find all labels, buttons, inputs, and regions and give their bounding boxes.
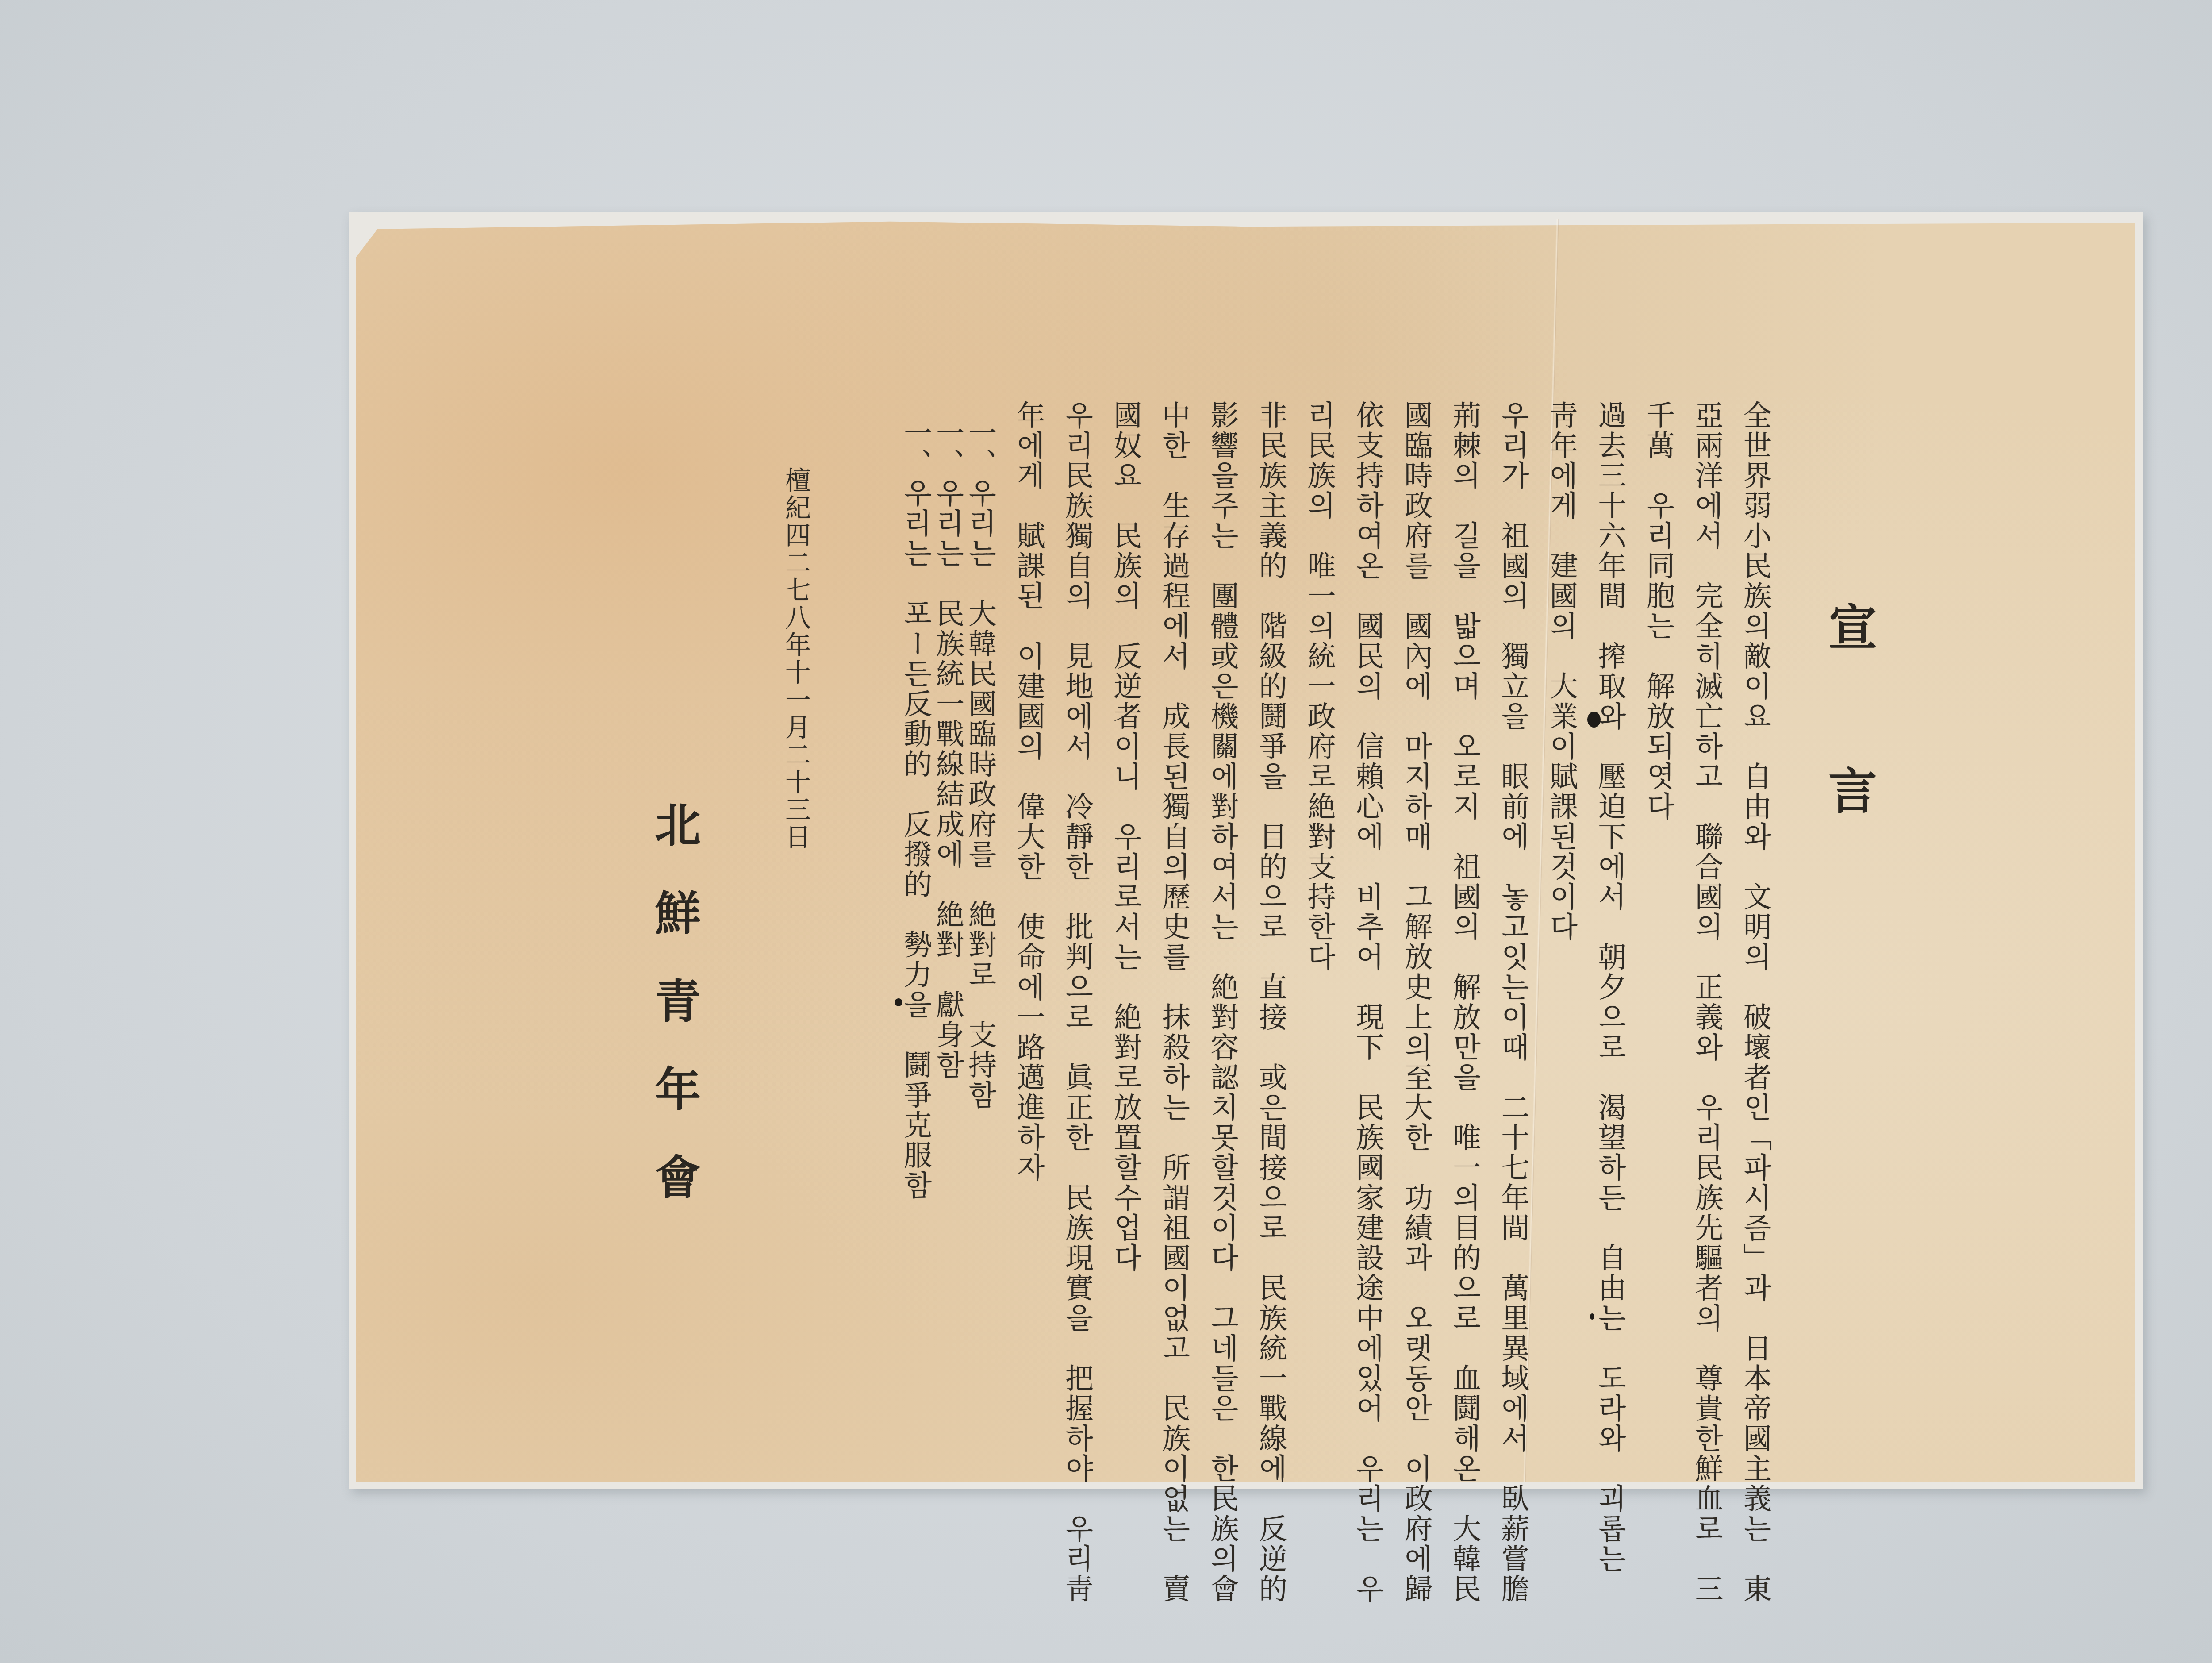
declaration-column: 靑年에게 建國의 大業이賦課된것이다 — [1547, 400, 1575, 942]
declaration-column: 過去三十六年間 搾取와 壓迫下에서 朝夕으로 渴望하든 自由는 도라와 괴롭는 — [1596, 400, 1624, 1574]
declaration-column: 리民族의 唯一의統一政府로絶對支持한다 — [1305, 400, 1333, 972]
pledge-item: 一、우리는 大韓民國臨時政府를 絶對로 支持함 — [966, 418, 994, 1110]
declaration-column: 우리가 祖國의 獨立을 眼前에 놓고잇는이때 二十七年間 萬里異域에서 臥薪嘗膽 — [1499, 400, 1527, 1604]
pledge-item: 一、우리는 포ー든反動的 反撥的 勢力을 鬪爭克服함 — [901, 418, 929, 1201]
declaration-column: 依支持하여온 國民의 信賴心에 비추어 現下 民族國家建設途中에있어 우리는 우 — [1353, 400, 1382, 1604]
document-title: 宣言 — [1814, 602, 1884, 929]
declaration-column: 影響을주는 團體或은機關에對하여서는 絶對容認치못할것이다 그네들은 한民族의會 — [1208, 400, 1237, 1604]
declaration-column: 荊棘의 길을 밟으며 오로지 祖國의 解放만을 唯一의目的으로 血鬪해온 大韓民 — [1450, 400, 1479, 1604]
declaration-column: 中한 生存過程에서 成長된獨自의歷史를 抹殺하는 所謂祖國이없고 民族이없는 賣 — [1160, 400, 1188, 1604]
declaration-column: 非民族主義的 階級的鬪爭을 目的으로 直接 或은間接으로 民族統一戰線에 反逆的 — [1256, 400, 1285, 1604]
declaration-column: 國臨時政府를 國內에 마지하매 그解放史上의至大한 功績과 오랫동안 이政府에歸 — [1402, 400, 1430, 1604]
declaration-column: 全世界弱小民族의敵이요 自由와 文明의 破壞者인「파시즘」과 日本帝國主義는 東 — [1741, 400, 1769, 1604]
ink-blot — [1590, 1313, 1594, 1320]
document-date: 檀紀四二七八年十一月二十三日 — [783, 467, 809, 851]
ink-blot — [895, 998, 902, 1006]
declaration-column: 年에게 賦課된 이建國의 偉大한 使命에一路邁進하자 — [1014, 400, 1043, 1183]
declaration-column: 우리民族獨自의 見地에서 冷靜한 批判으로 眞正한 民族現實을 把握하야 우리靑 — [1063, 400, 1091, 1604]
declaration-column: 國奴요 民族의 反逆者이니 우리로서는 絶對로放置할수업다 — [1111, 400, 1140, 1273]
pledge-item: 一、우리는 民族統一戰線結成에 絶對 獻身함 — [933, 418, 962, 1080]
issuer-signature: 北鮮青年會 — [641, 801, 707, 1241]
declaration-column: 亞兩洋에서 完全히滅亡하고 聯合國의 正義와 우리民族先驅者의 尊貴한鮮血로 三 — [1693, 400, 1721, 1604]
declaration-column: 千萬 우리同胞는 解放되엿다 — [1644, 400, 1672, 822]
ink-blot — [1587, 712, 1601, 728]
